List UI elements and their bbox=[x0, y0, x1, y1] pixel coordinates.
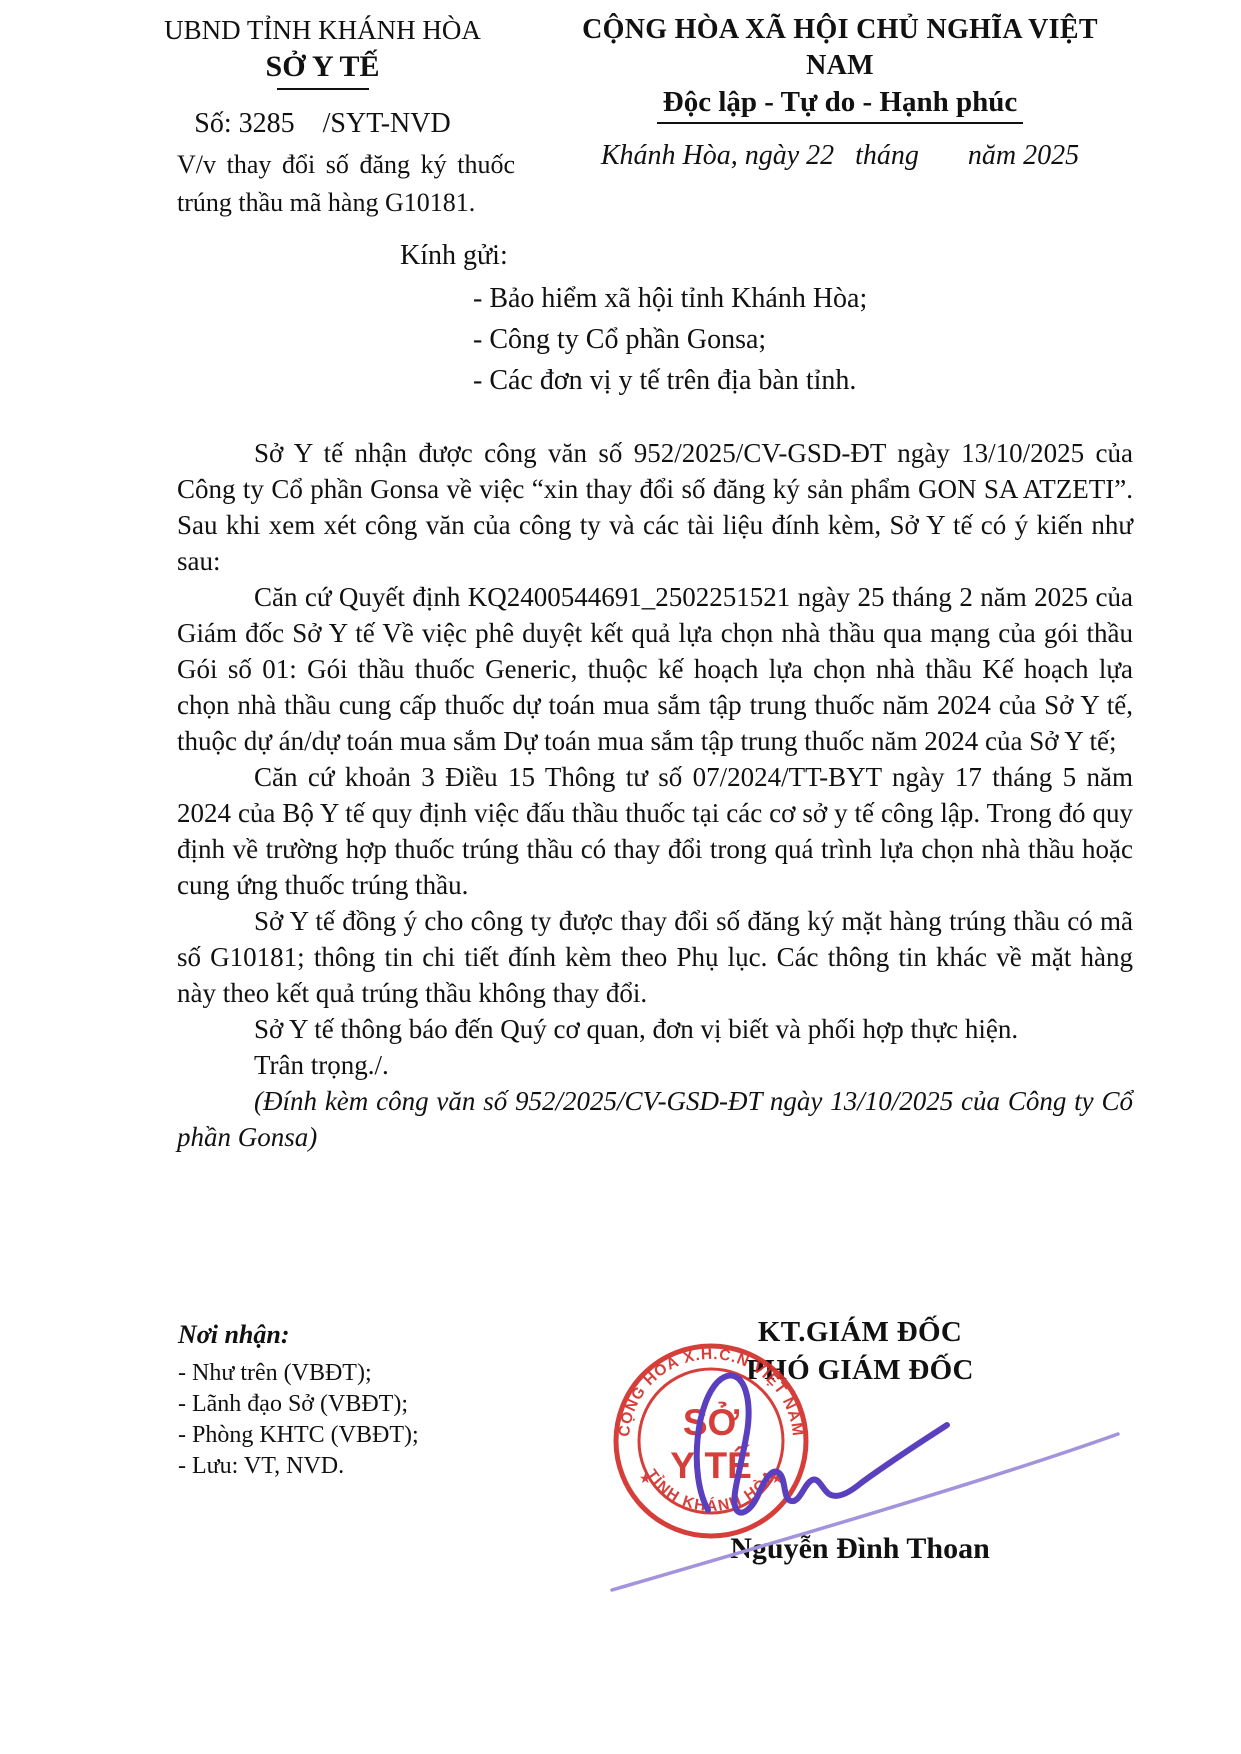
document-subject: V/v thay đổi số đăng ký thuốc trúng thầu… bbox=[177, 146, 515, 222]
recipient-item: - Công ty Cổ phần Gonsa; bbox=[473, 319, 867, 360]
letter-body: Sở Y tế nhận được công văn số 952/2025/C… bbox=[177, 435, 1133, 1155]
body-paragraph: Sở Y tế nhận được công văn số 952/2025/C… bbox=[177, 435, 1133, 579]
salutation-label: Kính gửi: bbox=[400, 238, 508, 274]
place-and-date: Khánh Hòa, ngày 22 tháng năm 2025 bbox=[545, 140, 1135, 172]
document-header: UBND TỈNH KHÁNH HÒA SỞ Y TẾ Số: 3285 /SY… bbox=[0, 0, 1241, 435]
issuing-agency-block: UBND TỈNH KHÁNH HÒA SỞ Y TẾ Số: 3285 /SY… bbox=[150, 12, 495, 140]
agency-name: SỞ Y TẾ bbox=[150, 48, 495, 86]
national-heading-block: CỘNG HÒA XÃ HỘI CHỦ NGHĨA VIỆT NAM Độc l… bbox=[545, 12, 1135, 172]
attachment-note: (Đính kèm công văn số 952/2025/CV-GSD-ĐT… bbox=[177, 1083, 1133, 1155]
distribution-item: - Như trên (VBĐT); bbox=[178, 1358, 419, 1389]
parent-agency: UBND TỈNH KHÁNH HÒA bbox=[150, 12, 495, 48]
recipient-item: - Các đơn vị y tế trên địa bàn tỉnh. bbox=[473, 360, 867, 401]
agency-underline bbox=[277, 88, 369, 90]
distribution-item: - Lãnh đạo Sở (VBĐT); bbox=[178, 1389, 419, 1420]
distribution-list: - Như trên (VBĐT); - Lãnh đạo Sở (VBĐT);… bbox=[178, 1358, 419, 1482]
document-number: Số: 3285 /SYT-NVD bbox=[150, 108, 495, 140]
body-paragraph: Sở Y tế thông báo đến Quý cơ quan, đơn v… bbox=[177, 1011, 1133, 1047]
official-letter-page: UBND TỈNH KHÁNH HÒA SỞ Y TẾ Số: 3285 /SY… bbox=[0, 0, 1241, 1754]
signature-ink-stroke bbox=[697, 1376, 947, 1513]
closing-regards: Trân trọng./. bbox=[177, 1047, 1133, 1083]
salutation-recipient-list: - Bảo hiểm xã hội tỉnh Khánh Hòa; - Công… bbox=[473, 278, 867, 401]
national-motto: Độc lập - Tự do - Hạnh phúc bbox=[657, 84, 1024, 124]
distribution-label: Nơi nhận: bbox=[178, 1318, 419, 1352]
handwritten-signature bbox=[590, 1362, 1135, 1600]
distribution-block: Nơi nhận: - Như trên (VBĐT); - Lãnh đạo … bbox=[178, 1318, 419, 1482]
distribution-item: - Lưu: VT, NVD. bbox=[178, 1451, 419, 1482]
signature-flourish-stroke bbox=[612, 1434, 1118, 1590]
distribution-item: - Phòng KHTC (VBĐT); bbox=[178, 1420, 419, 1451]
body-paragraph: Sở Y tế đồng ý cho công ty được thay đổi… bbox=[177, 903, 1133, 1011]
recipient-item: - Bảo hiểm xã hội tỉnh Khánh Hòa; bbox=[473, 278, 867, 319]
national-title: CỘNG HÒA XÃ HỘI CHỦ NGHĨA VIỆT NAM bbox=[545, 12, 1135, 84]
body-paragraph: Căn cứ khoản 3 Điều 15 Thông tư số 07/20… bbox=[177, 759, 1133, 903]
body-paragraph: Căn cứ Quyết định KQ2400544691_250225152… bbox=[177, 579, 1133, 759]
